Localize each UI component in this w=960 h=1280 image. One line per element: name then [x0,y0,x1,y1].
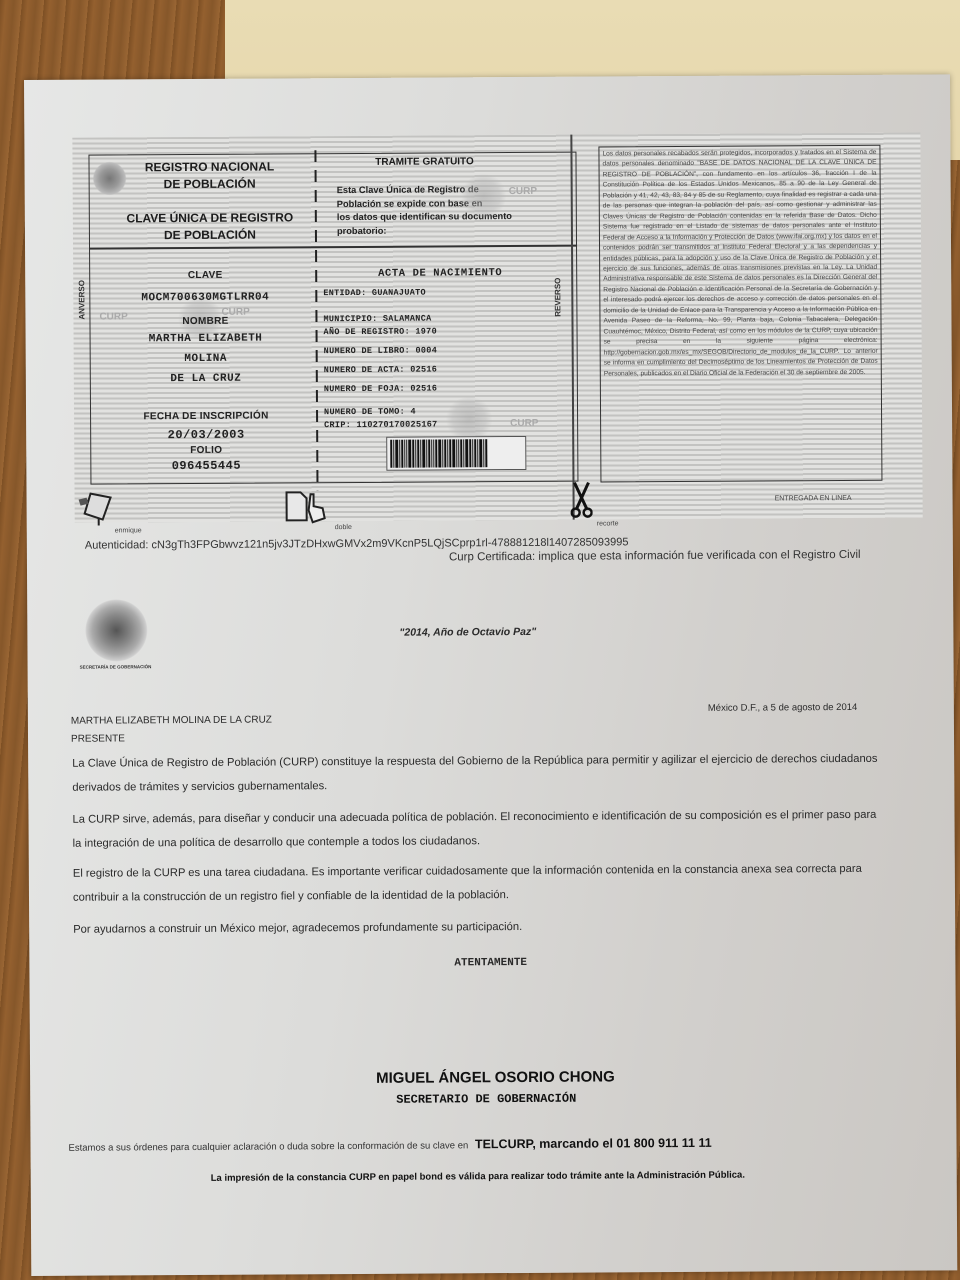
acta-municipio: MUNICIPIO: SALAMANCA [323,314,431,325]
header-clave-unica: CLAVE ÚNICA DE REGISTRO [115,209,305,227]
folio-value: 096455445 [106,458,306,473]
closing-atentamente: ATENTAMENTE [454,957,527,969]
nombre-line-1: MARTHA ELIZABETH [106,332,306,345]
paragraph-3: El registro de la CURP es una tarea ciud… [73,856,933,909]
fold-label-recorte: recorte [597,520,619,527]
anverso-label: ANVERSO [77,280,86,320]
privacy-notice: Los datos personales recabados serán pro… [598,145,882,483]
acta-numero-tomo: NUMERO DE TOMO: 4 [324,407,416,418]
acta-entidad: ENTIDAD: GUANAJUATO [323,288,426,299]
contact-line: Estamos a sus órdenes para cualquier acl… [68,1136,711,1154]
tramite-gratuito: TRAMITE GRATUITO [324,153,524,171]
presente-label: PRESENTE [71,733,125,744]
acta-numero-foja: NUMERO DE FOJA: 02516 [324,383,437,394]
fold-paper-icon [77,489,117,525]
secretaria-seal-icon [85,599,147,661]
fecha-inscripcion-label: FECHA DE INSCRIPCIÓN [106,410,306,422]
nombre-line-3: DE LA CRUZ [106,372,306,385]
certified-note: Curp Certificada: implica que esta infor… [449,549,861,564]
contact-prefix: Estamos a sus órdenes para cualquier acl… [68,1140,468,1153]
acta-title: ACTA DE NACIMIENTO [325,267,555,280]
paragraph-1: La Clave Única de Registro de Población … [72,746,932,799]
paragraph-line: Por ayudarnos a construir un México mejo… [73,912,933,941]
fecha-inscripcion-value: 20/03/2003 [106,427,306,442]
validity-note: La impresión de la constancia CURP en pa… [211,1170,745,1184]
clave-label: CLAVE [105,269,305,281]
acta-numero-acta: NUMERO DE ACTA: 02516 [324,364,437,375]
place-date: México D.F., a 5 de agosto de 2014 [708,702,858,714]
curp-document: REGISTRO NACIONAL DE POBLACIÓN CLAVE ÚNI… [24,74,957,1276]
faint-seal-icon [444,397,494,441]
acta-ano-registro: AÑO DE REGISTRO: 1970 [324,326,437,337]
paragraph-line: contribuir a la construcción de un regis… [73,880,933,909]
header-text-line: probatorio: [337,223,537,238]
entregada-en-linea: ENTREGADA EN LINEA [775,495,852,502]
motto: "2014, Año de Octavio Paz" [399,626,536,639]
curp-watermark: CURP [509,186,537,197]
nombre-label: NOMBRE [105,315,305,327]
header-poblacion: DE POBLACIÓN [125,175,295,193]
paragraph-2: La CURP sirve, además, para diseñar y co… [72,802,932,855]
header-de-poblacion: DE POBLACIÓN [115,226,305,244]
folio-label: FOLIO [106,444,306,456]
header-right-text: Esta Clave Única de Registro de Població… [337,183,537,238]
curp-watermark: CURP [510,418,538,429]
header-text-line: Población se expide con base en [337,196,537,211]
reverso-label: REVERSO [553,278,562,317]
header-text-line: los datos que identifican su documento [337,210,537,225]
double-fold-hand-icon [282,488,332,524]
mexico-coat-of-arms-icon [92,161,126,195]
acta-numero-libro: NUMERO DE LIBRO: 0004 [324,345,437,356]
signer-title: SECRETARIO DE GOBERNACIÓN [396,1092,576,1107]
nombre-line-2: MOLINA [106,352,306,365]
fold-label-enmique: enmique [115,527,142,534]
telcurp-phone: TELCURP, marcando el 01 800 911 11 11 [475,1136,712,1151]
acta-crip: CRIP: 110270170025167 [324,419,437,430]
authenticity-code: Autenticidad: cN3gTh3FPGbwvz121n5jv3JTzD… [85,536,629,551]
signer-name: MIGUEL ÁNGEL OSORIO CHONG [376,1068,615,1086]
fold-label-doble: doble [335,524,352,531]
paragraph-line: derivados de trámites y servicios gubern… [72,770,932,799]
recipient-name: MARTHA ELIZABETH MOLINA DE LA CRUZ [71,714,272,726]
paragraph-line: la integración de una política de desarr… [73,826,933,855]
faint-seal-icon [461,173,507,219]
paragraph-4: Por ayudarnos a construir un México mejo… [73,912,933,941]
header-registro: REGISTRO NACIONAL [124,158,294,176]
barcode [386,436,526,471]
seal-caption: SECRETARÍA DE GOBERNACIÓN [80,664,152,669]
scissors-icon [570,481,592,519]
